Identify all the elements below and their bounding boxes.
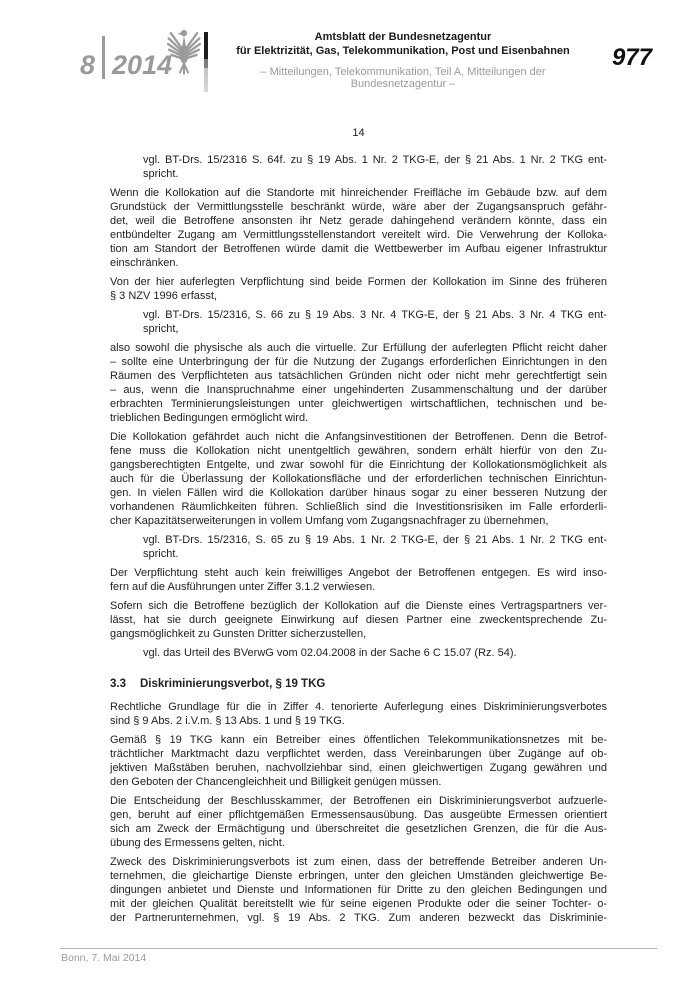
text-line: cher Kapazitätserweiterungen in vollem U… bbox=[110, 514, 607, 528]
footer-place-date: Bonn, 7. Mai 2014 bbox=[61, 952, 146, 964]
text-line: tion am Standort der Betroffenen würde d… bbox=[110, 242, 607, 256]
text-line: gangsberechtigten Entgelte, und zwar sow… bbox=[110, 458, 607, 472]
text-line: vgl. BT-Drs. 15/2316 S. 64f. zu § 19 Abs… bbox=[143, 153, 607, 167]
masthead: Amtsblatt der Bundesnetzagentur für Elek… bbox=[214, 31, 592, 90]
citation-block: vgl. BT-Drs. 15/2316, S. 65 zu § 19 Abs.… bbox=[110, 533, 607, 561]
text-line: det, weil die Betroffene ansonsten ihr N… bbox=[110, 214, 607, 228]
text-line: Zweck des Diskriminierungsverbots ist zu… bbox=[110, 855, 607, 869]
section-title: Diskriminierungsverbot, § 19 TKG bbox=[140, 678, 325, 690]
text-line: Von der hier auferlegten Verpflichtung s… bbox=[110, 275, 607, 289]
issue-year: 2014 bbox=[112, 52, 172, 79]
body-paragraph: Gemäß § 19 TKG kann ein Betreiber eines … bbox=[110, 733, 607, 789]
text-line: der Partnerunternehmen, vgl. § 19 Abs. 2… bbox=[110, 911, 607, 925]
text-line: Gemäß § 19 TKG kann ein Betreiber eines … bbox=[110, 733, 607, 747]
body-paragraph: Die Kollokation gefährdet auch nicht die… bbox=[110, 430, 607, 528]
body-paragraph: Zweck des Diskriminierungsverbots ist zu… bbox=[110, 855, 607, 925]
text-line: ternehmen, die gleichartige Dienste erbr… bbox=[110, 869, 607, 883]
text-line: spricht. bbox=[143, 547, 607, 561]
text-line: einschränken. bbox=[110, 256, 607, 270]
text-line: trächtlicher Marktmacht dazu verpflichte… bbox=[110, 747, 607, 761]
text-line: jektiven Maßstäben beruhen, nachvollzieh… bbox=[110, 761, 607, 775]
header-vertical-rule bbox=[204, 32, 208, 92]
body-paragraph: Rechtliche Grundlage für die in Ziffer 4… bbox=[110, 700, 607, 728]
text-line: übung des Ermessens gelten, nicht. bbox=[110, 836, 607, 850]
text-line: mit der gleichen Qualität bereitstellt w… bbox=[110, 897, 607, 911]
citation-block: vgl. BT-Drs. 15/2316 S. 64f. zu § 19 Abs… bbox=[110, 153, 607, 181]
issue-separator-bar bbox=[102, 36, 105, 79]
section-number: 3.3 bbox=[110, 677, 140, 691]
text-line: trieblichen Bedingungen ermöglicht wird. bbox=[110, 411, 607, 425]
text-line: Die Entscheidung der Beschlusskammer, de… bbox=[110, 794, 607, 808]
body-paragraph: also sowohl die physische als auch die v… bbox=[110, 341, 607, 425]
masthead-subtitle: – Mitteilungen, Telekommunikation, Teil … bbox=[214, 66, 592, 90]
body-paragraph: Sofern sich die Betroffene bezüglich der… bbox=[110, 599, 607, 641]
footer-rule bbox=[60, 948, 657, 949]
text-line: spricht. bbox=[143, 167, 607, 181]
text-line: Der Verpflichtung steht auch kein freiwi… bbox=[110, 566, 607, 580]
text-line: sind § 9 Abs. 2 i.V.m. § 13 Abs. 1 und §… bbox=[110, 714, 607, 728]
page-header: 8 2014 Amtsblatt der Bundesnetzagentur f… bbox=[0, 0, 700, 110]
text-line: Sofern sich die Betroffene bezüglich der… bbox=[110, 599, 607, 613]
text-line: vorhandenen Räumlichkeiten führen. Schli… bbox=[110, 500, 607, 514]
text-line: gangsmöglichkeit zu Gunsten Dritter sich… bbox=[110, 627, 607, 641]
section-heading: 3.3Diskriminierungsverbot, § 19 TKG bbox=[110, 677, 607, 691]
masthead-title-line2: für Elektrizität, Gas, Telekommunikation… bbox=[214, 45, 592, 59]
body-paragraph: Der Verpflichtung steht auch kein freiwi… bbox=[110, 566, 607, 594]
text-line: fern auf die Ausführungen unter Ziffer 3… bbox=[110, 580, 607, 594]
text-line: – sollte eine Unterbringung der für die … bbox=[110, 355, 607, 369]
text-line: Rechtliche Grundlage für die in Ziffer 4… bbox=[110, 700, 607, 714]
text-line: Räumen des Verpflichteten aus tatsächlic… bbox=[110, 369, 607, 383]
bundesadler-eagle-icon bbox=[166, 28, 202, 76]
sheet-page-number: 14 bbox=[110, 126, 607, 140]
text-line: gen, beruht auf einer pflichtgemäßen Erm… bbox=[110, 808, 607, 822]
text-line: lässt, hat sie durch geeignete Einwirkun… bbox=[110, 613, 607, 627]
text-line: Die Kollokation gefährdet auch nicht die… bbox=[110, 430, 607, 444]
text-line: auch für die Überlassung der Kollokation… bbox=[110, 472, 607, 486]
gazette-page: { "colors": { "text": "#222222", "muted_… bbox=[0, 0, 700, 990]
text-line: vgl. das Urteil des BVerwG vom 02.04.200… bbox=[143, 646, 607, 660]
text-line: fene muss die Kollokation nicht unentgel… bbox=[110, 444, 607, 458]
text-line: Wenn die Kollokation auf die Standorte m… bbox=[110, 186, 607, 200]
text-line: den Geboten der Chancengleichheit und Bi… bbox=[110, 775, 607, 789]
citation-block: vgl. BT-Drs. 15/2316, S. 66 zu § 19 Abs.… bbox=[110, 308, 607, 336]
document-body: 14 vgl. BT-Drs. 15/2316 S. 64f. zu § 19 … bbox=[110, 126, 607, 930]
text-line: § 3 NZV 1996 erfasst, bbox=[110, 289, 607, 303]
issue-number: 8 bbox=[80, 52, 95, 79]
text-line: erbrachten Terminierungsleistungen unter… bbox=[110, 397, 607, 411]
gazette-page-number: 977 bbox=[612, 44, 652, 72]
text-line: spricht, bbox=[143, 322, 607, 336]
text-line: – aus, wenn die Inanspruchnahme einer un… bbox=[110, 383, 607, 397]
text-line: sich am Zweck der Ermächtigung und übers… bbox=[110, 822, 607, 836]
body-paragraph: Die Entscheidung der Beschlusskammer, de… bbox=[110, 794, 607, 850]
citation-block: vgl. das Urteil des BVerwG vom 02.04.200… bbox=[110, 646, 607, 660]
body-paragraph: Wenn die Kollokation auf die Standorte m… bbox=[110, 186, 607, 270]
text-line: also sowohl die physische als auch die v… bbox=[110, 341, 607, 355]
text-line: vgl. BT-Drs. 15/2316, S. 65 zu § 19 Abs.… bbox=[143, 533, 607, 547]
text-line: entbündelter Zugang am Vermittlungsstell… bbox=[110, 228, 607, 242]
text-line: gen. In vielen Fällen wird die Kollokati… bbox=[110, 486, 607, 500]
text-line: dingungen anbietet und Dienste und Infor… bbox=[110, 883, 607, 897]
issue-number-block: 8 2014 bbox=[80, 36, 172, 79]
text-line: Grundstück der Vermittlungsstelle beschr… bbox=[110, 200, 607, 214]
body-paragraph: Von der hier auferlegten Verpflichtung s… bbox=[110, 275, 607, 303]
masthead-title-line1: Amtsblatt der Bundesnetzagentur bbox=[214, 31, 592, 45]
text-line: vgl. BT-Drs. 15/2316, S. 66 zu § 19 Abs.… bbox=[143, 308, 607, 322]
